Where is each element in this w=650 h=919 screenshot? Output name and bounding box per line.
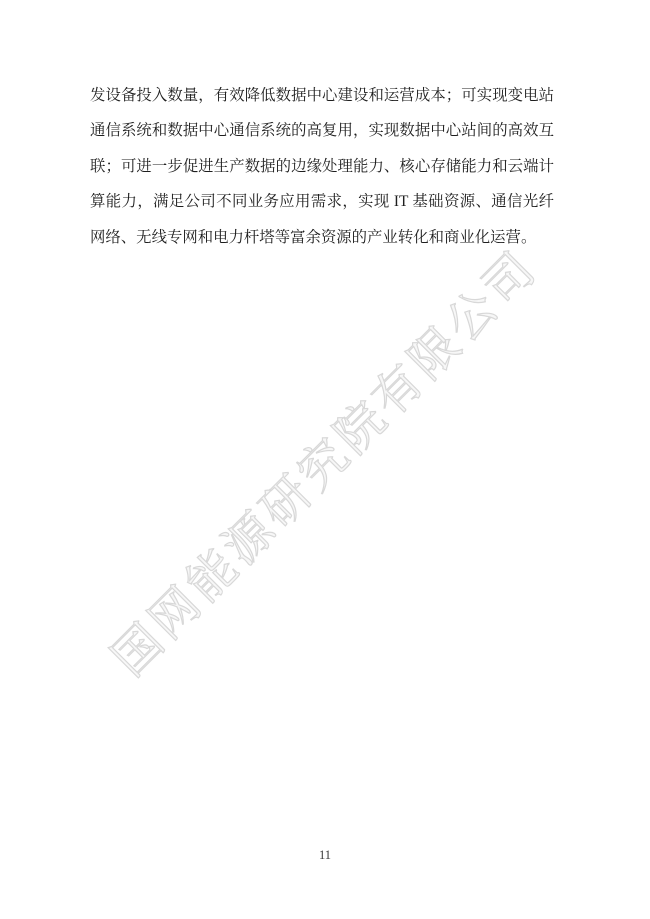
paragraph-line: 联；可进一步促进生产数据的边缘处理能力、核心存储能力和云端计	[90, 149, 554, 184]
paragraph-line: 发设备投入数量，有效降低数据中心建设和运营成本；可实现变电站	[90, 78, 554, 113]
paragraph-line: 算能力，满足公司不同业务应用需求，实现 IT 基础资源、通信光纤	[90, 184, 554, 219]
paragraph-line: 通信系统和数据中心通信系统的高复用，实现数据中心站间的高效互	[90, 113, 554, 148]
page-number: 11	[0, 848, 650, 863]
watermark-text: 国网能源研究院有限公司	[93, 231, 550, 688]
body-paragraph: 发设备投入数量，有效降低数据中心建设和运营成本；可实现变电站 通信系统和数据中心…	[90, 78, 554, 255]
paragraph-line: 网络、无线专网和电力杆塔等富余资源的产业转化和商业化运营。	[90, 220, 554, 255]
document-page: 国网能源研究院有限公司 发设备投入数量，有效降低数据中心建设和运营成本；可实现变…	[0, 0, 650, 919]
